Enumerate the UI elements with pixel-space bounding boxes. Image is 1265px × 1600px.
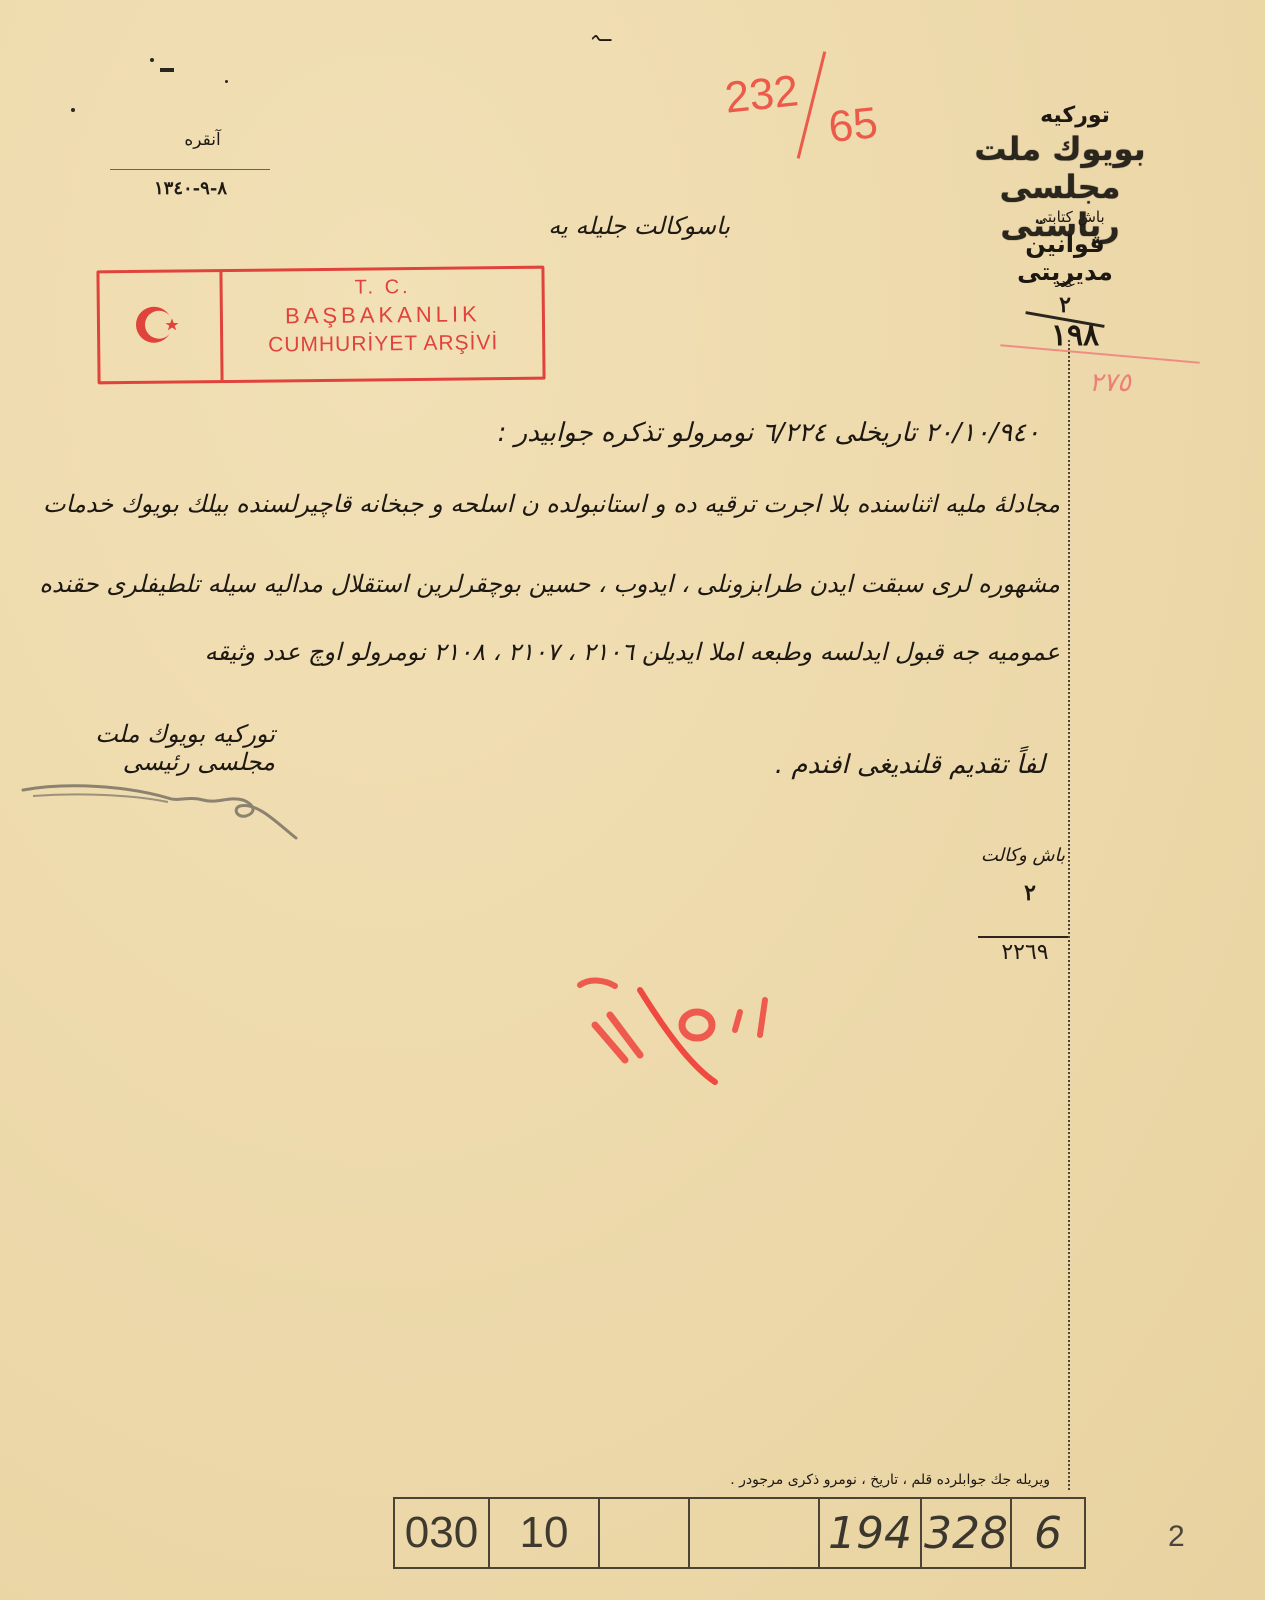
number-label: عدد [1040, 275, 1090, 291]
stamp-line-basbakanlik: BAŞBAKANLIK [228, 299, 538, 332]
body-line-closing: لفاً تقديم قلنديغى افندم . [775, 750, 1045, 780]
ink-speck [150, 58, 154, 62]
ink-mark [160, 68, 174, 72]
margin-annotation-rule [978, 936, 1068, 938]
signature [18, 778, 298, 848]
place-date-divider [110, 169, 270, 170]
reference-numerator: 232 [723, 66, 801, 122]
addressee: باسوكالت جليله يه [460, 212, 730, 240]
letterhead-office: باش كتابتى [1000, 208, 1140, 226]
body-line: مشهوره لرى سبقت ايدن طرابزونلى ، ايدوب ،… [39, 570, 1060, 598]
red-handwritten-note: اداره ١٣٤١ [575, 970, 805, 1095]
place-name: آنقره [135, 130, 270, 150]
ink-speck [71, 108, 75, 112]
archive-cell-item: 6 [1012, 1499, 1084, 1567]
archive-cell-box: 194 [820, 1499, 922, 1567]
corner-mark: ـہ [590, 25, 611, 46]
archive-cell-file: 328 [922, 1499, 1012, 1567]
letterhead-institution: بويوك ملت مجلسى رياستى [935, 130, 1185, 244]
letterhead-country: توركيه [1010, 103, 1140, 128]
reference-denominator: 65 [826, 98, 880, 153]
archive-cell-empty [600, 1499, 690, 1567]
archive-cell-series: 10 [490, 1499, 600, 1567]
margin-dotted-line [1068, 340, 1070, 1490]
stamp-line-tc: T. C. [227, 273, 537, 302]
body-line: مجادلۀ مليه اثناسنده بلا اجرت ترقيه ده و… [43, 490, 1060, 518]
margin-annotation-number: ٢ [1000, 880, 1060, 906]
margin-annotation-registry: ٢٢٦٩ [975, 940, 1075, 965]
letter-date: ٨-٩-١٣٤٠ [108, 178, 273, 199]
body-line: عموميه جه قبول ايدلسه وطبعه املا ايديلن … [205, 638, 1060, 666]
archive-cell-fond: 030 [395, 1499, 490, 1567]
stamp-line-archive: CUMHURİYET ARŞİVİ [228, 329, 538, 360]
stamp-text: T. C. BAŞBAKANLIK CUMHURİYET ARŞİVİ [227, 273, 538, 360]
archive-reference-table: 030 10 194 328 6 [393, 1497, 1086, 1569]
footer-instruction: ويريله جك جوابلرده قلم ، تاريخ ، نومرو ذ… [640, 1472, 1050, 1488]
reference-slash [797, 51, 827, 158]
stamp-divider [219, 272, 223, 380]
signer-title: توركيه بويوك ملت مجلسى رئيسى [15, 720, 275, 776]
body-line-reference: ٢٠/١٠/٩٤٠ تاريخلى ٦/٢٢٤ نومرولو تذكره جو… [498, 418, 1040, 448]
ink-speck [225, 80, 228, 83]
margin-annotation-recipient: باش وكالت [960, 845, 1065, 866]
red-reference-number: 232 65 [723, 66, 801, 123]
page-number: 2 [1168, 1520, 1185, 1554]
archive-cell-empty [690, 1499, 820, 1567]
crescent-star-icon [128, 294, 189, 355]
archive-stamp: T. C. BAŞBAKANLIK CUMHURİYET ARŞİVİ [96, 266, 545, 385]
